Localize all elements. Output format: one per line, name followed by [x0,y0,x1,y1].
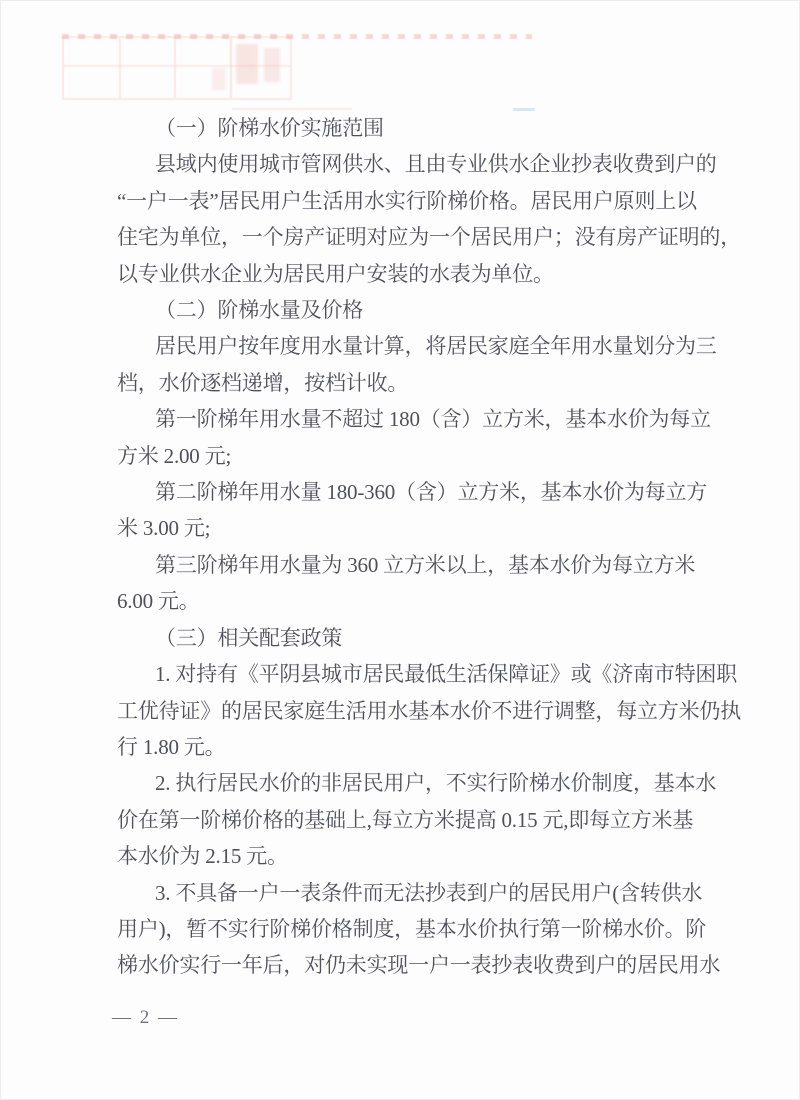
text-line: 本水价为 2.15 元。 [117,838,717,874]
text-line: 梯水价实行一年后，对仍未实现一户一表抄表收费到户的居民用水 [117,947,717,983]
stamp-bleed-blot [236,44,258,84]
text-line: 工优待证》的居民家庭生活用水基本水价不进行调整，每立方米仍执 [117,693,717,729]
scanned-document-page: （一）阶梯水价实施范围县域内使用城市管网供水、且由专业供水企业抄表收费到户的“一… [0,0,800,1100]
text-line: 第三阶梯年用水量为 360 立方米以上，基本水价为每立方米 [117,547,717,583]
stamp-bleed-blot [212,68,226,90]
text-line: 住宅为单位，一个房产证明对应为一个居民用户；没有房产证明的， [117,219,717,255]
text-line: 档，水价逐档递增，按档计收。 [117,365,717,401]
text-line: （二）阶梯水量及价格 [117,292,717,328]
text-line: 米 3.00 元; [117,510,717,546]
text-line: 2. 执行居民水价的非居民用户，不实行阶梯水价制度，基本水 [117,765,717,801]
text-line: 价在第一阶梯价格的基础上,每立方米提高 0.15 元,即每立方米基 [117,802,717,838]
stamp-bleed-artifact [62,36,292,100]
text-line: 第二阶梯年用水量 180-360（含）立方米，基本水价为每立方 [117,474,717,510]
text-line: 1. 对持有《平阴县城市居民最低生活保障证》或《济南市特困职 [117,656,717,692]
text-line: 以专业供水企业为居民用户安装的水表为单位。 [117,256,717,292]
text-line: 第一阶梯年用水量不超过 180（含）立方米，基本水价为每立 [117,401,717,437]
stamp-bleed-divider [119,38,121,98]
text-line: 用户)，暂不实行阶梯价格制度，基本水价执行第一阶梯水价。阶 [117,911,717,947]
text-line: 方米 2.00 元; [117,438,717,474]
text-line: 县域内使用城市管网供水、且由专业供水企业抄表收费到户的 [117,146,717,182]
stamp-bleed-top-band [62,34,532,39]
stamp-bleed-divider [174,38,176,98]
stamp-bleed-blot [264,48,280,82]
document-body: （一）阶梯水价实施范围县域内使用城市管网供水、且由专业供水企业抄表收费到户的“一… [117,110,717,984]
page-number: — 2 — [112,1005,179,1031]
text-line: 6.00 元。 [117,583,717,619]
text-line: “一户一表”居民用户生活用水实行阶梯价格。居民用户原则上以 [117,183,717,219]
stamp-bleed-divider [230,38,232,98]
text-line: 行 1.80 元。 [117,729,717,765]
text-line: （三）相关配套政策 [117,620,717,656]
text-line: 居民用户按年度用水量计算，将居民家庭全年用水量划分为三 [117,328,717,364]
text-line: （一）阶梯水价实施范围 [117,110,717,146]
text-line: 3. 不具备一户一表条件而无法抄表到户的居民用户(含转供水 [117,875,717,911]
